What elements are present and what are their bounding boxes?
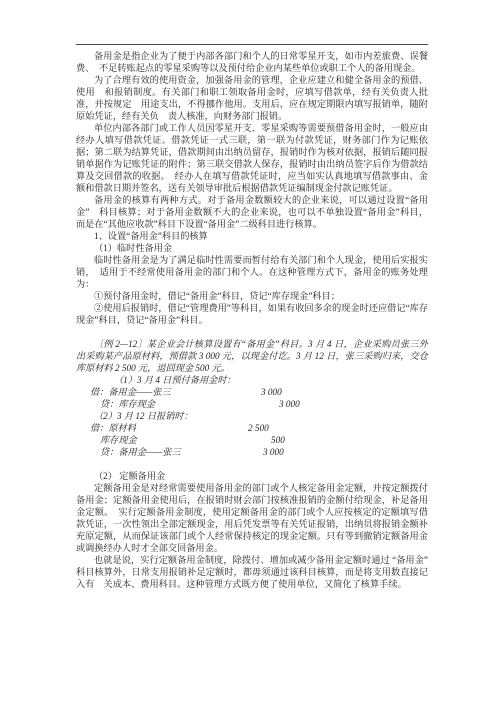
paragraph: 单位内部各部门或工作人员因零星开支、零星采购等需要预借备用金时，一般应由经办人填… (76, 122, 428, 194)
journal-line-text: 贷：备用金——张三 (100, 447, 181, 457)
content-column: 备用金是指企业为了便于内部各部门和个人的日常零星开支，如市内差旅费、误餐费、 不… (76, 44, 428, 590)
journal-line-text: 借：原材料 (90, 423, 136, 433)
journal-line-text: （2）3 月 12 日报销时： (94, 411, 193, 421)
journal-amount: 3 000 (261, 386, 282, 398)
top-rule (76, 44, 428, 45)
example-paragraph: 〔例 2—12〕某企业会计核算设置有“备用金”科目。3 月 4 日，企业采购员张… (76, 338, 428, 374)
journal-entry-line: 库存现金500 (76, 434, 428, 446)
journal-entry-line: （1）3 月 4 日预付备用金时： (76, 374, 428, 386)
section-heading: （2） 定额备用金 (76, 470, 428, 482)
paragraph: ②使用后报销时，借记“管理费用”等科目，如果有收回多余的现金时还应借记“库存 现… (76, 302, 428, 326)
paragraph: 为了合理有效的使用资金，加强备用金的管理，企业应建立和健全备用金的预借、使用 和… (76, 74, 428, 122)
journal-entry-line: 借：备用金——张三3 000 (76, 386, 428, 398)
section-heading: （1）临时性备用金 (76, 242, 428, 254)
paragraph: 备用金的核算有两种方式。对于备用金数额较大的企业来说，可以通过设置“备用金” 科… (76, 194, 428, 230)
journal-entry-line: 借：原材料2 500 (76, 422, 428, 434)
journal-entry-line: 贷：库存现金3 000 (76, 398, 428, 410)
journal-line-text: （1）3 月 4 日预付备用金时： (114, 375, 236, 385)
paragraph: 定额备用金是对经常需要使用备用金的部门或个人核定备用金定额，并按定额拨付备用金；… (76, 482, 428, 554)
paragraph: 备用金是指企业为了便于内部各部门和个人的日常零星开支，如市内差旅费、误餐费、 不… (76, 50, 428, 74)
journal-entry-line: 贷：备用金——张三3 000 (76, 446, 428, 458)
paragraph: ①预付备用金时，借记“备用金”科目，贷记“库存现金”科目； (76, 290, 428, 302)
journal-amount: 3 000 (279, 398, 300, 410)
journal-amount: 2 500 (248, 422, 269, 434)
journal-entry-line: （2）3 月 12 日报销时： (76, 410, 428, 422)
journal-line-text: 库存现金 (100, 435, 137, 445)
paragraph: 临时性备用金是为了满足临时性需要而暂付给有关部门和个人现金，使用后实报实销， 适… (76, 254, 428, 290)
spacer (76, 458, 428, 470)
journal-amount: 500 (271, 434, 285, 446)
section-heading: 1、设置“备用金”科目的核算 (76, 230, 428, 242)
journal-line-text: 贷：库存现金 (100, 399, 155, 409)
journal-amount: 3 000 (263, 446, 284, 458)
paragraph: 也就是说，实行定额备用金制度，除拨付、增加或减少备用金定额时通过 “备用金” 科… (76, 554, 428, 590)
journal-line-text: 借：备用金——张三 (90, 387, 171, 397)
document-page: 备用金是指企业为了便于内部各部门和个人的日常零星开支，如市内差旅费、误餐费、 不… (0, 0, 500, 706)
spacer (76, 326, 428, 338)
document-body: 备用金是指企业为了便于内部各部门和个人的日常零星开支，如市内差旅费、误餐费、 不… (76, 50, 428, 590)
